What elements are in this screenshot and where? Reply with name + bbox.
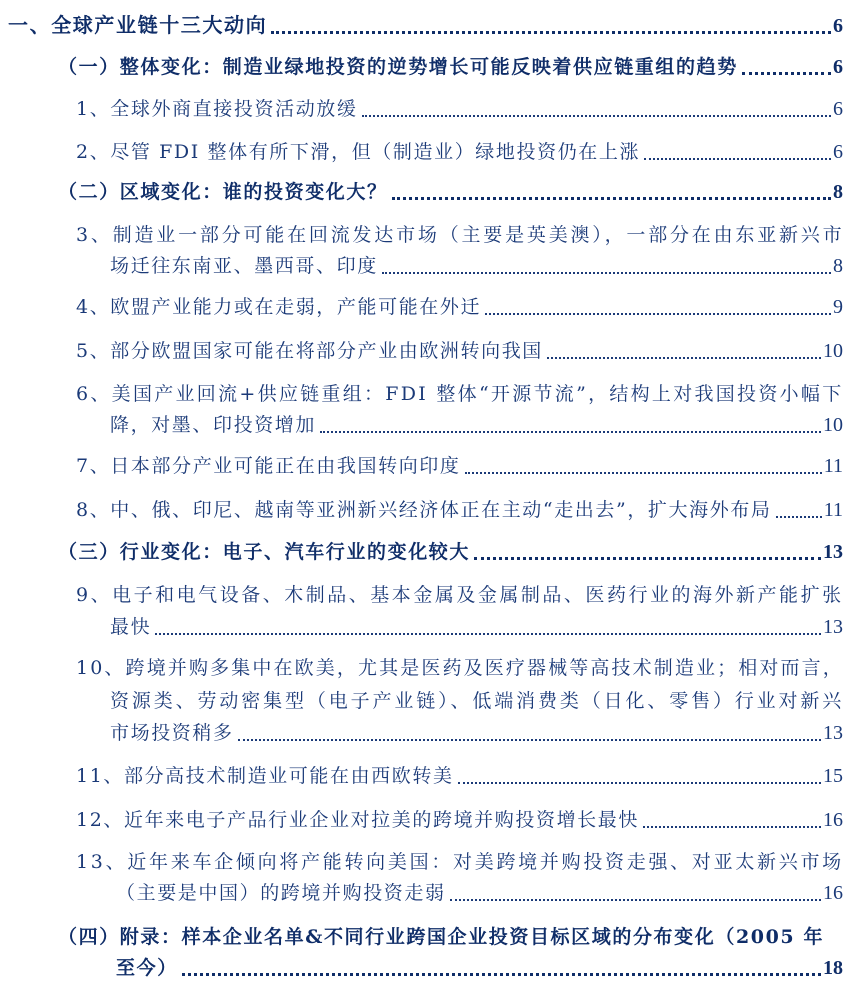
- toc-entry-text: 降，对墨、印投资增加: [110, 413, 316, 437]
- toc-item-13-line-1[interactable]: 13、近年来车企倾向将产能转向美国：对美跨境并购投资走强、对亚太新兴市场: [76, 850, 844, 874]
- toc-item-3-line-1[interactable]: 3、制造业一部分可能在回流发达市场（主要是英美澳），一部分在由东亚新兴市: [76, 223, 844, 247]
- toc-item-2[interactable]: 2、尽管 FDI 整体有所下滑，但（制造业）绿地投资仍在上涨 6: [76, 140, 843, 164]
- toc-entry-text: 3、制造业一部分可能在回流发达市场（主要是英美澳），一部分在由东亚新兴市: [76, 223, 844, 247]
- toc-entry-text: （一）整体变化：制造业绿地投资的逆势增长可能反映着供应链重组的趋势: [58, 55, 738, 79]
- toc-page-number: 9: [833, 295, 843, 319]
- toc-entry-text: 6、美国产业回流+供应链重组：FDI 整体“开源节流”，结构上对我国投资小幅下: [76, 382, 843, 406]
- toc-entry-text: （三）行业变化：电子、汽车行业的变化较大: [58, 540, 470, 564]
- toc-item-13-line-2[interactable]: （主要是中国）的跨境并购投资走弱 16: [116, 881, 843, 905]
- toc-item-10-line-1[interactable]: 10、跨境并购多集中在欧美，尤其是医药及医疗器械等高技术制造业；相对而言，: [76, 656, 844, 680]
- toc-page-number: 18: [823, 956, 843, 980]
- toc-item-1[interactable]: 1、全球外商直接投资活动放缓 6: [76, 97, 843, 121]
- toc-entry-text: 2、尽管 FDI 整体有所下滑，但（制造业）绿地投资仍在上涨: [76, 140, 640, 164]
- toc-entry-text: 4、欧盟产业能力或在走弱，产能可能在外迁: [76, 295, 481, 319]
- toc-entry-text: 9、电子和电气设备、木制品、基本金属及金属制品、医药行业的海外新产能扩张: [76, 583, 844, 607]
- toc-page-number: 10: [823, 339, 843, 363]
- toc-page-number: 6: [833, 97, 843, 121]
- toc-page-number: 16: [823, 881, 843, 905]
- toc-item-5[interactable]: 5、部分欧盟国家可能在将部分产业由欧洲转向我国 10: [76, 339, 843, 363]
- dot-leader: [465, 472, 822, 474]
- toc-page-number: 8: [833, 180, 843, 204]
- toc-entry-text: 最快: [110, 615, 151, 639]
- toc-chapter-1[interactable]: 一、全球产业链十三大动向 6: [8, 13, 843, 38]
- toc-page-number: 6: [833, 140, 843, 164]
- toc-item-10-line-3[interactable]: 市场投资稍多 13: [110, 721, 843, 745]
- toc-item-4[interactable]: 4、欧盟产业能力或在走弱，产能可能在外迁 9: [76, 295, 843, 319]
- dot-leader: [182, 973, 821, 976]
- dot-leader: [643, 826, 821, 828]
- toc-page-number: 13: [823, 615, 843, 639]
- toc-page-number: 13: [823, 540, 843, 564]
- toc-entry-text: （主要是中国）的跨境并购投资走弱: [116, 881, 446, 905]
- dot-leader: [238, 739, 821, 741]
- toc-page-number: 13: [823, 721, 843, 745]
- toc-item-12[interactable]: 12、近年来电子产品行业企业对拉美的跨境并购投资增长最快 16: [76, 808, 843, 832]
- dot-leader: [382, 272, 831, 274]
- toc-page-number: 11: [824, 498, 843, 522]
- dot-leader: [776, 516, 822, 518]
- dot-leader: [547, 357, 821, 359]
- toc-entry-text: 资源类、劳动密集型（电子产业链）、低端消费类（日化、零售）行业对新兴: [110, 689, 844, 713]
- toc-entry-text: 7、日本部分产业可能正在由我国转向印度: [76, 454, 461, 478]
- toc-entry-text: 场迁往东南亚、墨西哥、印度: [110, 254, 378, 278]
- dot-leader: [155, 633, 821, 635]
- toc-item-11[interactable]: 11、部分高技术制造业可能在由西欧转美 15: [76, 764, 843, 788]
- toc-page-number: 11: [824, 454, 843, 478]
- toc-entry-text: 13、近年来车企倾向将产能转向美国：对美跨境并购投资走强、对亚太新兴市场: [76, 850, 844, 874]
- dot-leader: [392, 197, 831, 200]
- toc-entry-text: 市场投资稍多: [110, 721, 234, 745]
- toc-item-7[interactable]: 7、日本部分产业可能正在由我国转向印度 11: [76, 454, 843, 478]
- toc-entry-text: 至今）: [116, 956, 178, 980]
- toc-entry-text: 11、部分高技术制造业可能在由西欧转美: [76, 764, 454, 788]
- dot-leader: [362, 115, 832, 117]
- dot-leader: [450, 899, 821, 901]
- toc-entry-text: 5、部分欧盟国家可能在将部分产业由欧洲转向我国: [76, 339, 543, 363]
- toc-section-4-line-2[interactable]: 至今） 18: [116, 956, 843, 980]
- toc-item-3-line-2[interactable]: 场迁往东南亚、墨西哥、印度 8: [110, 254, 843, 278]
- dot-leader: [320, 431, 821, 433]
- toc-item-6-line-2[interactable]: 降，对墨、印投资增加 10: [110, 413, 843, 437]
- dot-leader: [458, 782, 821, 784]
- toc-entry-text: 1、全球外商直接投资活动放缓: [76, 97, 358, 121]
- toc-page-number: 6: [833, 14, 843, 38]
- toc-entry-text: 10、跨境并购多集中在欧美，尤其是医药及医疗器械等高技术制造业；相对而言，: [76, 656, 844, 680]
- dot-leader: [644, 158, 831, 160]
- dot-leader: [742, 72, 831, 75]
- toc-section-4-line-1[interactable]: （四）附录：样本企业名单&不同行业跨国企业投资目标区域的分布变化（2005 年: [58, 925, 824, 949]
- toc-entry-text: 一、全球产业链十三大动向: [8, 13, 267, 37]
- toc-page-number: 6: [833, 55, 843, 79]
- toc-entry-text: 12、近年来电子产品行业企业对拉美的跨境并购投资增长最快: [76, 808, 639, 832]
- toc-item-9-line-1[interactable]: 9、电子和电气设备、木制品、基本金属及金属制品、医药行业的海外新产能扩张: [76, 583, 844, 607]
- toc-item-8[interactable]: 8、中、俄、印尼、越南等亚洲新兴经济体正在主动“走出去”，扩大海外布局 11: [76, 498, 843, 522]
- dot-leader: [474, 557, 821, 560]
- toc-item-6-line-1[interactable]: 6、美国产业回流+供应链重组：FDI 整体“开源节流”，结构上对我国投资小幅下: [76, 382, 843, 406]
- toc-page-number: 16: [823, 808, 843, 832]
- dot-leader: [485, 313, 831, 315]
- toc-entry-text: （二）区域变化：谁的投资变化大？: [58, 180, 388, 204]
- toc-page-number: 8: [833, 254, 843, 278]
- toc-entry-text: 8、中、俄、印尼、越南等亚洲新兴经济体正在主动“走出去”，扩大海外布局: [76, 498, 772, 522]
- toc-section-3[interactable]: （三）行业变化：电子、汽车行业的变化较大 13: [58, 540, 843, 564]
- toc-page-number: 15: [823, 764, 843, 788]
- toc-section-2[interactable]: （二）区域变化：谁的投资变化大？ 8: [58, 180, 843, 204]
- toc-section-1[interactable]: （一）整体变化：制造业绿地投资的逆势增长可能反映着供应链重组的趋势 6: [58, 55, 843, 79]
- toc-page-number: 10: [823, 413, 843, 437]
- dot-leader: [271, 31, 831, 34]
- toc-item-10-line-2[interactable]: 资源类、劳动密集型（电子产业链）、低端消费类（日化、零售）行业对新兴: [110, 689, 844, 713]
- toc-entry-text: （四）附录：样本企业名单&不同行业跨国企业投资目标区域的分布变化（2005 年: [58, 925, 824, 949]
- toc-item-9-line-2[interactable]: 最快 13: [110, 615, 843, 639]
